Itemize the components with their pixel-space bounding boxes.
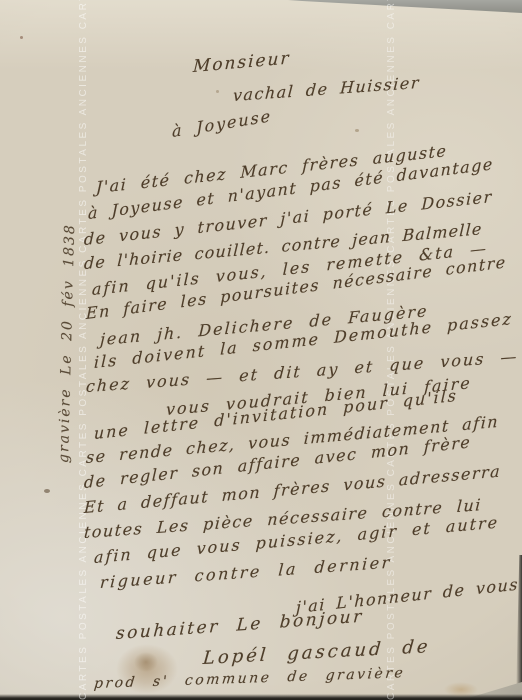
ink-speck [20, 36, 23, 39]
ink-speck [355, 129, 359, 132]
ink-speck [216, 90, 219, 93]
paper-stain [444, 682, 478, 697]
letter-line-salutation: Monsieur [192, 48, 291, 77]
paper-stain [134, 652, 158, 672]
letter-scan: CARTES POSTALES ANCIENNES CARTES POSTALE… [0, 0, 522, 700]
watermark-text: CARTES POSTALES ANCIENNES CARTES POSTALE… [76, 0, 91, 700]
letter-line-closing: souhaiter Le bonjour [115, 607, 364, 644]
ink-speck [44, 489, 50, 493]
paper-edge-top [288, 0, 522, 13]
letter-line-place: à Joyeuse [172, 106, 272, 141]
margin-note: gravière Le 20 fév 1838 [56, 223, 78, 463]
